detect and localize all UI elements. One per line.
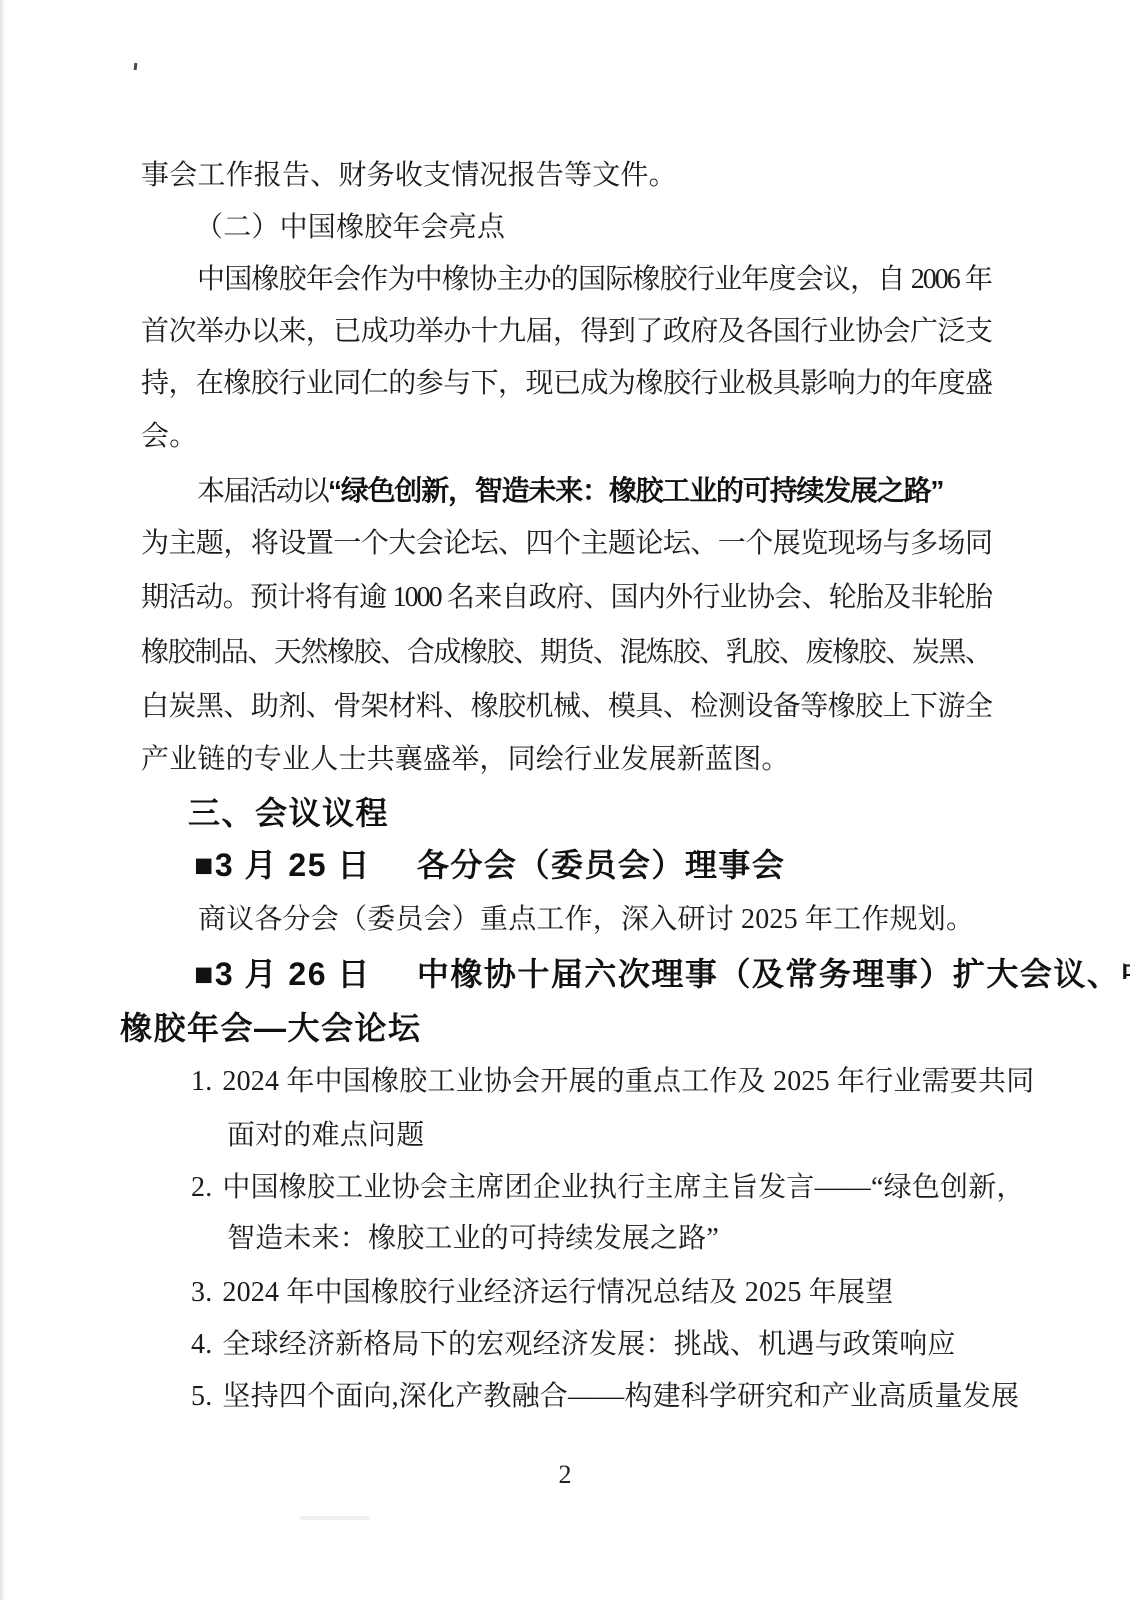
agenda-day2-date: 3 月 26 日	[215, 956, 371, 992]
item-number: 3.	[191, 1277, 212, 1308]
agenda-day2-title-line1: 中橡协十届六次理事（及常务理事）扩大会议、中国	[417, 956, 1130, 992]
paragraph-line: 白炭黑、助剂、骨架材料、橡胶机械、模具、检测设备等橡胶上下游全	[141, 689, 991, 725]
theme-prefix: 本届活动以	[197, 476, 328, 507]
scan-edge-artifact	[0, 0, 5, 1600]
agenda-item-line: 2.中国橡胶工业协会主席团企业执行主席主旨发言——“绿色创新，	[191, 1170, 1025, 1206]
item-text: 中国橡胶工业协会主席团企业执行主席主旨发言——“绿色创新，	[222, 1172, 1024, 1203]
agenda-item-wrap-line: 面对的难点问题	[227, 1118, 424, 1154]
item-text: 2024 年中国橡胶工业协会开展的重点工作及 2025 年行业需要共同	[222, 1066, 1034, 1097]
scan-smudge	[300, 1516, 370, 1520]
square-bullet-icon: ■	[194, 954, 215, 994]
agenda-day2-heading: ■3 月 26 日中橡协十届六次理事（及常务理事）扩大会议、中国	[194, 954, 1130, 994]
agenda-day1-heading: ■3 月 25 日各分会（委员会）理事会	[194, 845, 785, 885]
agenda-item-wrap-line: 智造未来：橡胶工业的可持续发展之路”	[227, 1221, 719, 1257]
section-heading: 三、会议议程	[188, 793, 389, 833]
paragraph-line: 持，在橡胶行业同仁的参与下，现已成为橡胶行业极具影响力的年度盛	[141, 366, 991, 402]
body-line-continuation: 事会工作报告、财务收支情况报告等文件。	[141, 158, 677, 194]
paragraph-line: 首次举办以来，已成功举办十九届，得到了政府及各国行业协会广泛支	[141, 314, 991, 350]
theme-title-bold: “绿色创新，智造未来：橡胶工业的可持续发展之路”	[328, 475, 943, 506]
agenda-item-line: 3.2024 年中国橡胶行业经济运行情况总结及 2025 年展望	[191, 1275, 893, 1311]
paragraph-line: 橡胶制品、天然橡胶、合成橡胶、期货、混炼胶、乳胶、废橡胶、炭黑、	[141, 635, 991, 671]
subsection-heading: （二）中国橡胶年会亮点	[195, 210, 505, 246]
agenda-day1-date: 3 月 25 日	[215, 847, 371, 883]
agenda-day2-heading-line2: 橡胶年会—大会论坛	[120, 1008, 422, 1048]
item-text: 2024 年中国橡胶行业经济运行情况总结及 2025 年展望	[222, 1277, 893, 1308]
item-number: 2.	[191, 1172, 212, 1203]
document-page: 事会工作报告、财务收支情况报告等文件。 （二）中国橡胶年会亮点 中国橡胶年会作为…	[0, 0, 1130, 1600]
agenda-day1-description: 商议各分会（委员会）重点工作，深入研讨 2025 年工作规划。	[198, 902, 974, 938]
theme-line: 本届活动以“绿色创新，智造未来：橡胶工业的可持续发展之路”	[197, 473, 943, 510]
square-bullet-icon: ■	[194, 845, 215, 885]
paragraph-line: 期活动。预计将有逾 1000 名来自政府、国内外行业协会、轮胎及非轮胎	[141, 580, 991, 616]
paragraph-line: 产业链的专业人士共襄盛举，同绘行业发展新蓝图。	[141, 742, 790, 778]
item-text: 坚持四个面向,深化产教融合——构建科学研究和产业高质量发展	[222, 1381, 1019, 1412]
agenda-item-line: 1.2024 年中国橡胶工业协会开展的重点工作及 2025 年行业需要共同	[191, 1064, 1034, 1100]
agenda-day1-title: 各分会（委员会）理事会	[417, 847, 786, 883]
paragraph-line: 中国橡胶年会作为中橡协主办的国际橡胶行业年度会议，自 2006 年	[197, 262, 991, 298]
paragraph-line: 为主题，将设置一个大会论坛、四个主题论坛、一个展览现场与多场同	[141, 526, 991, 562]
page-number: 2	[0, 1460, 1130, 1490]
item-text: 全球经济新格局下的宏观经济发展：挑战、机遇与政策响应	[222, 1329, 955, 1360]
agenda-item-line: 4.全球经济新格局下的宏观经济发展：挑战、机遇与政策响应	[191, 1327, 956, 1363]
item-number: 4.	[191, 1329, 212, 1360]
agenda-item-line: 5.坚持四个面向,深化产教融合——构建科学研究和产业高质量发展	[191, 1379, 1019, 1415]
item-number: 5.	[191, 1381, 212, 1412]
paragraph-line: 会。	[141, 419, 197, 455]
scan-speck	[134, 63, 138, 70]
item-number: 1.	[191, 1066, 212, 1097]
